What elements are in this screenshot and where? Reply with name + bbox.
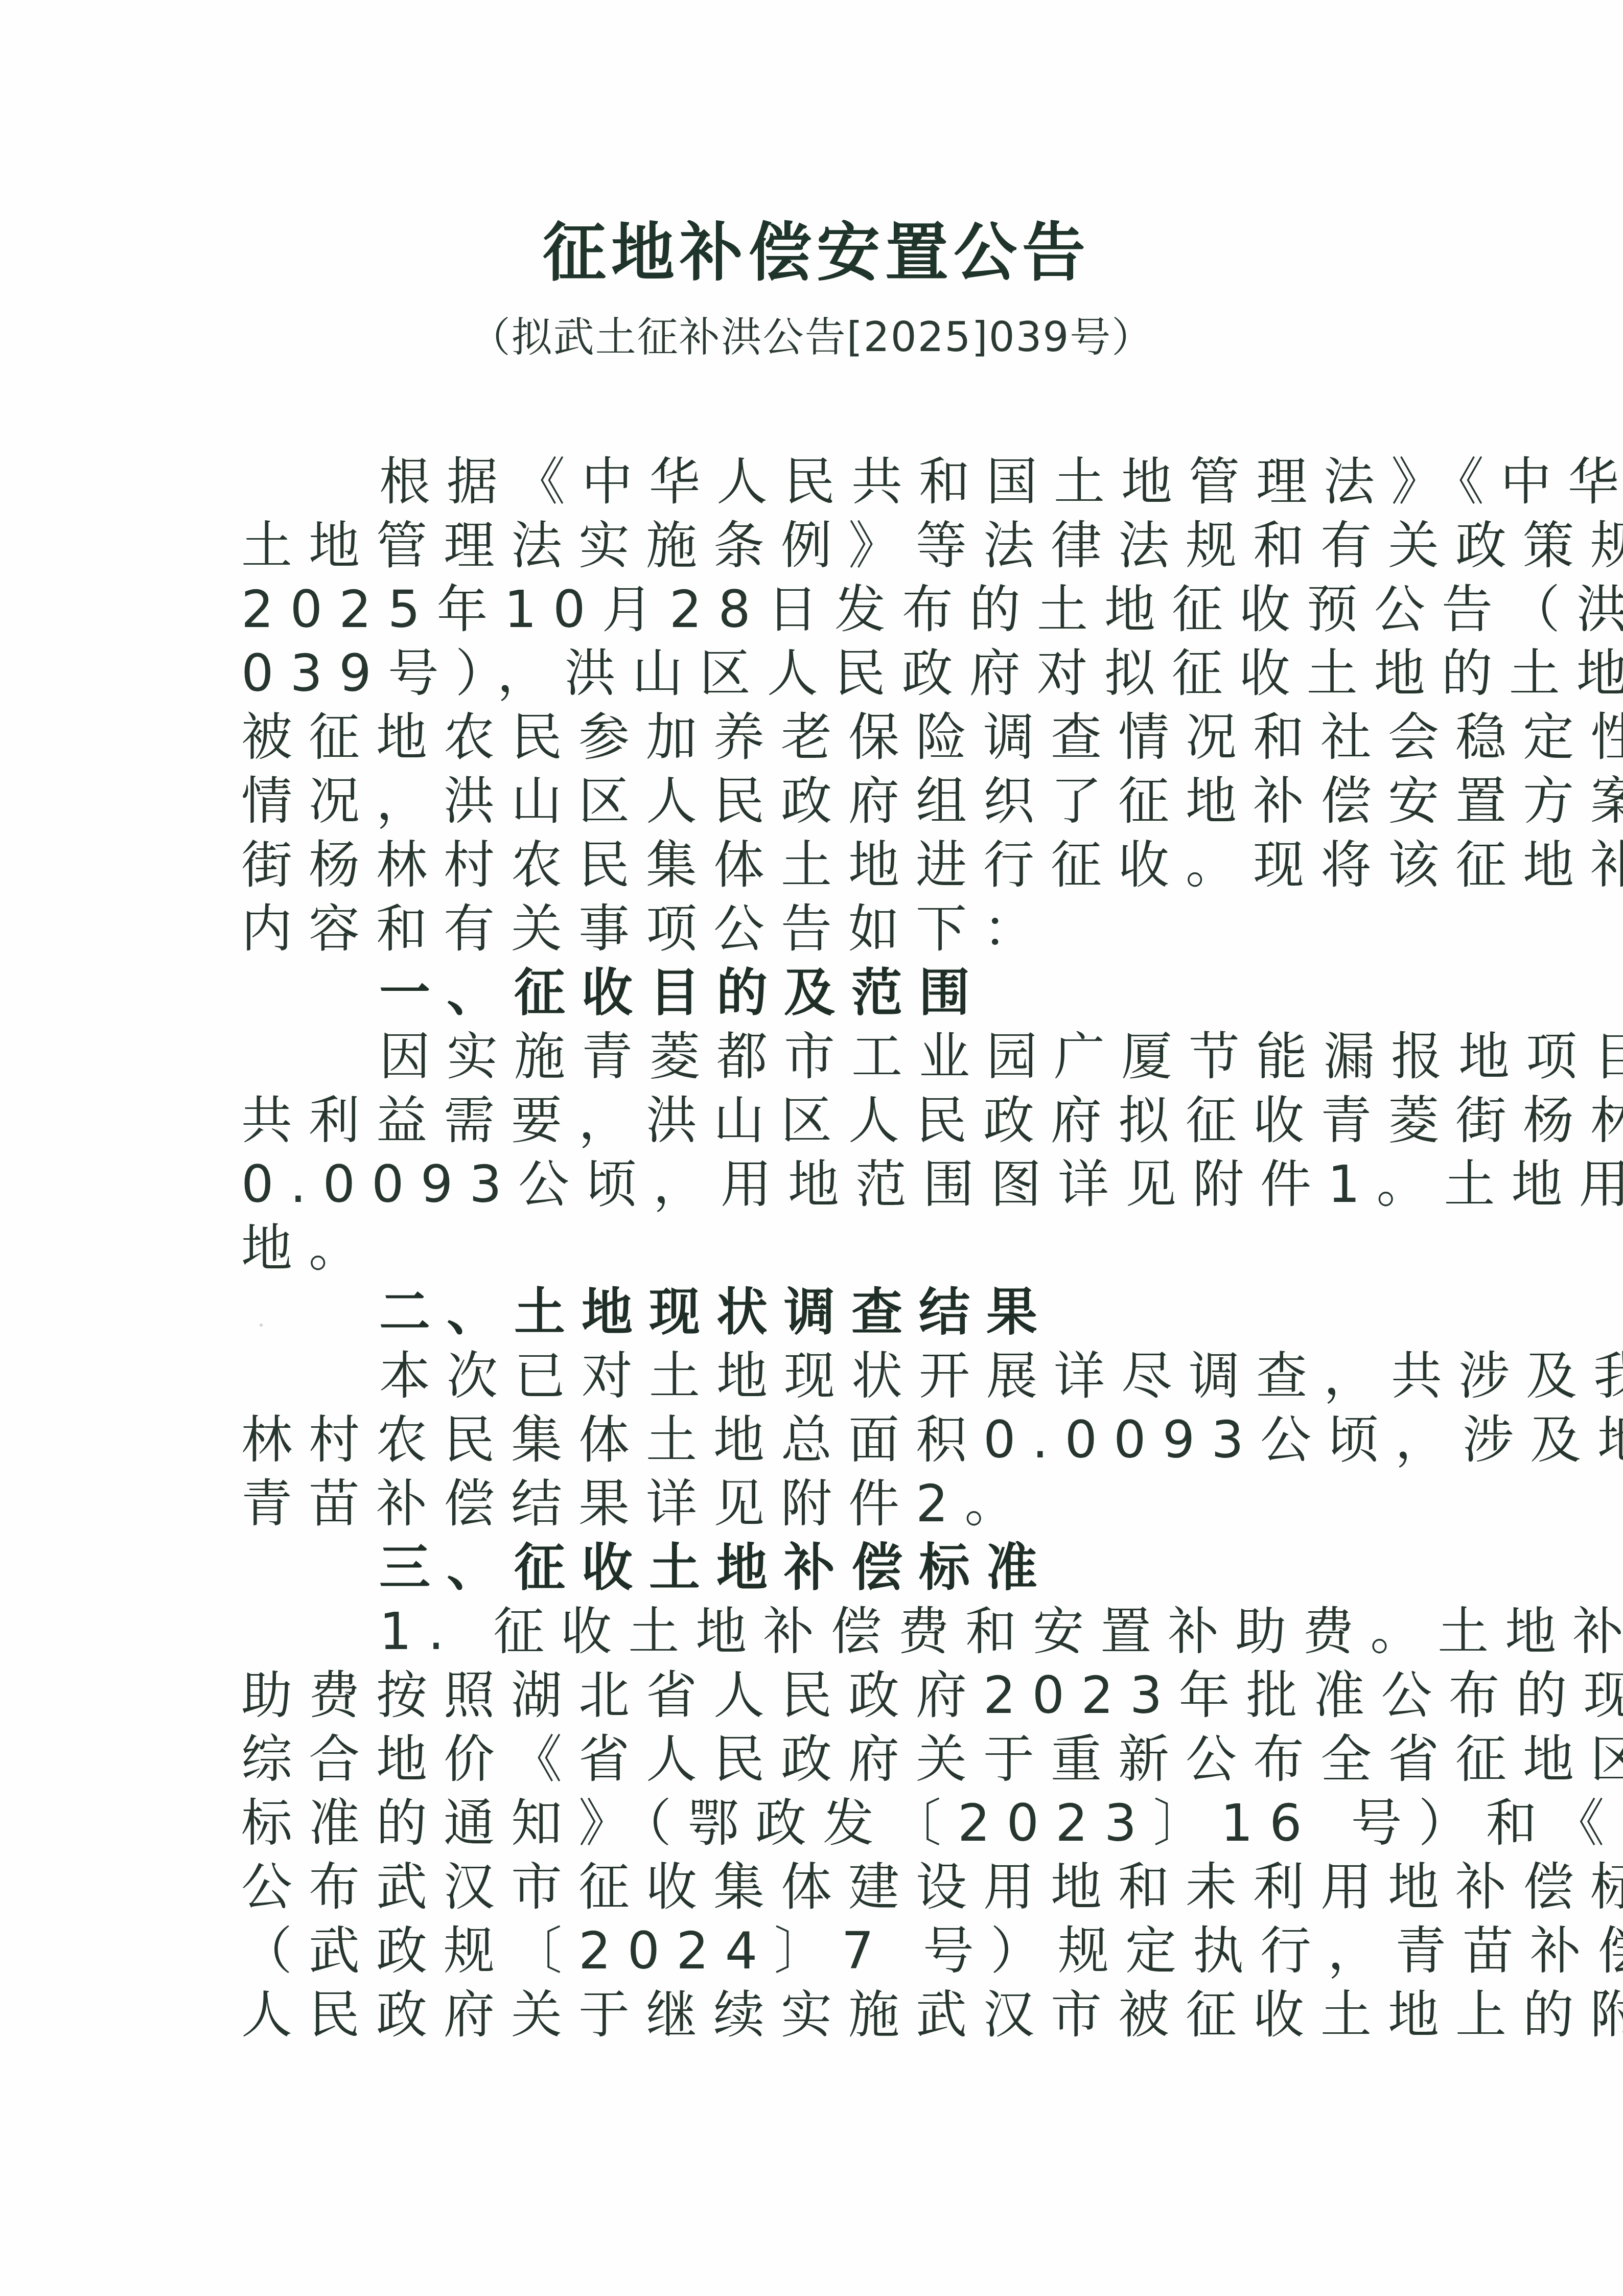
body-line: 土地管理法实施条例》等法律法规和有关政策规定，结合 — [241, 514, 1365, 577]
section-heading-2: 二、土地现状调查结果 — [241, 1280, 1365, 1344]
body-line: 地。 — [241, 1216, 1365, 1280]
body-line: 因实施青菱都市工业园广厦节能漏报地项目建设等公 — [241, 1025, 1365, 1088]
body-line: 标准的通知》（鄂政发〔2023〕16 号）和《市人民政府关于 — [241, 1791, 1365, 1855]
body-line: 本次已对土地现状开展详尽调查，共涉及我区青菱街杨 — [241, 1344, 1365, 1408]
body-line: 2025年10月28日发布的土地征收预公告（洪土告字〔2025〕 — [241, 577, 1365, 641]
document-body: 根据《中华人民共和国土地管理法》《中华人民共和国 土地管理法实施条例》等法律法规… — [241, 450, 1365, 2047]
section-heading-1: 一、征收目的及范围 — [241, 961, 1365, 1025]
body-line: 人民政府关于继续实施武汉市被征收土地上的附着物和青 — [241, 1983, 1365, 2047]
body-line: 林村农民集体土地总面积0.0093公顷，涉及地上房屋及林木、 — [241, 1408, 1365, 1472]
body-line: 根据《中华人民共和国土地管理法》《中华人民共和国 — [241, 450, 1365, 514]
body-line: 街杨林村农民集体土地进行征收。现将该征地补偿安置方案 — [241, 833, 1365, 897]
body-line: 共利益需要，洪山区人民政府拟征收青菱街杨林村共计 — [241, 1088, 1365, 1152]
document-page: 征地补偿安置公告 （拟武土征补洪公告[2025]039号） 根据《中华人民共和国… — [0, 0, 1623, 2296]
body-line: 0.0093公顷，用地范围图详见附件1。土地用途为金融保险用 — [241, 1152, 1365, 1216]
section-heading-3: 三、征收土地补偿标准 — [241, 1536, 1365, 1599]
body-line: 被征地农民参加养老保险调查情况和社会稳定性风险评估 — [241, 705, 1365, 769]
body-line: 039号），洪山区人民政府对拟征收土地的土地现状调查情况， — [241, 641, 1365, 705]
body-line: 助费按照湖北省人民政府2023年批准公布的现行最新区片 — [241, 1663, 1365, 1727]
body-line: （武政规〔2024〕7 号）规定执行，青苗补偿标准根据《市 — [241, 1919, 1365, 1983]
body-line: 情况，洪山区人民政府组织了征地补偿安置方案，拟对青菱 — [241, 769, 1365, 833]
body-line: 综合地价《省人民政府关于重新公布全省征地区片综合地价 — [241, 1727, 1365, 1791]
body-line: 青苗补偿结果详见附件2。 — [241, 1472, 1365, 1536]
page-title: 征地补偿安置公告 — [0, 215, 1623, 291]
document-number: （拟武土征补洪公告[2025]039号） — [0, 309, 1623, 365]
body-line: 公布武汉市征收集体建设用地和未利用地补偿标准的通知》 — [241, 1855, 1365, 1919]
body-line: 内容和有关事项公告如下： — [241, 897, 1365, 961]
body-line: 1. 征收土地补偿费和安置补助费。土地补偿费、安置补 — [241, 1599, 1365, 1663]
